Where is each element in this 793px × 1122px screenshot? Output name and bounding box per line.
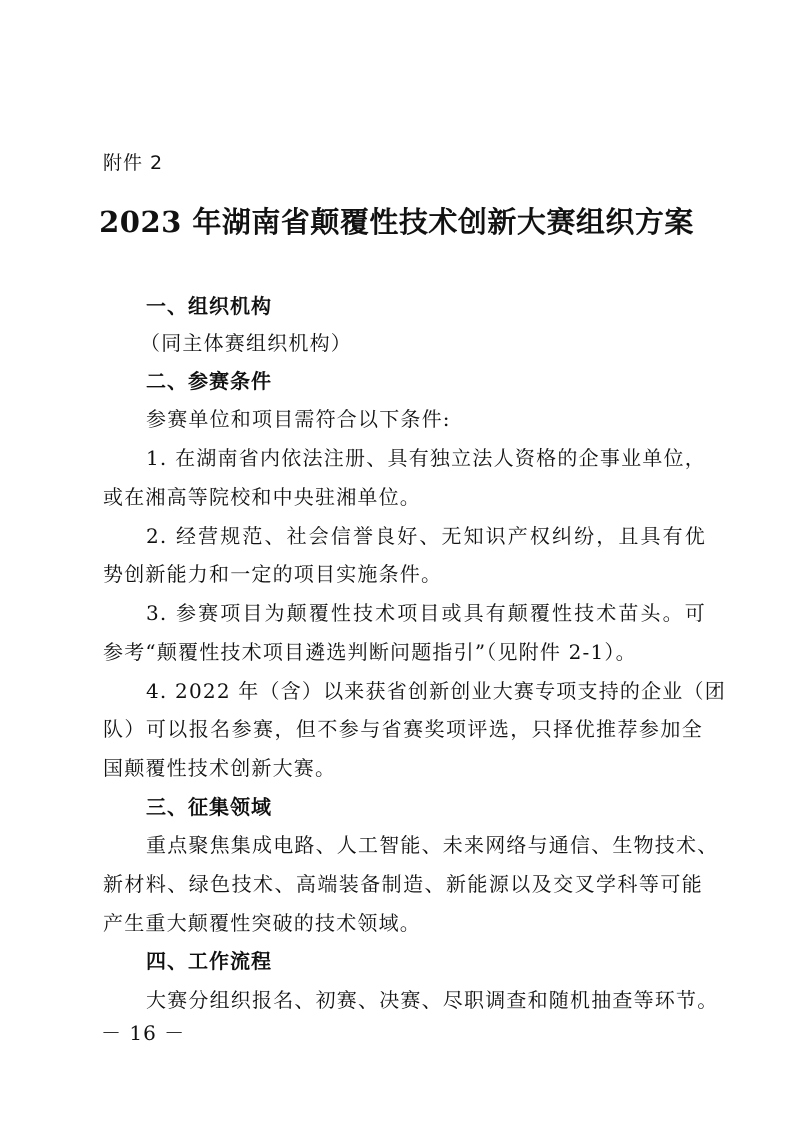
eligibility-item-2-line-2: 势创新能力和一定的项目实施条件。 (103, 558, 703, 587)
eligibility-item-3-line-2: 参考“颠覆性技术项目遴选判断问题指引”（见附件 2-1）。 (103, 636, 703, 665)
eligibility-item-4-line-3: 国颠覆性技术创新大赛。 (103, 752, 703, 781)
document-title: 2023 年湖南省颠覆性技术创新大赛组织方案 (0, 200, 793, 241)
annex-label: 附件 2 (103, 148, 163, 175)
eligibility-item-3-line-1: 3. 参赛项目为颠覆性技术项目或具有颠覆性技术苗头。可 (146, 597, 706, 626)
eligibility-intro: 参赛单位和项目需符合以下条件: (146, 403, 706, 432)
section-heading-fields: 三、征集领域 (146, 791, 706, 820)
section-heading-eligibility: 二、参赛条件 (146, 365, 706, 394)
section-heading-organization: 一、组织机构 (146, 290, 706, 319)
fields-line-3: 产生重大颠覆性突破的技术领域。 (103, 907, 703, 936)
fields-line-1: 重点聚焦集成电路、人工智能、未来网络与通信、生物技术、 (146, 829, 706, 858)
document-page: 附件 2 2023 年湖南省颠覆性技术创新大赛组织方案 一、组织机构 （同主体赛… (0, 0, 793, 1122)
section-body-organization: （同主体赛组织机构） (140, 327, 700, 356)
page-number: － 16 － (101, 1017, 185, 1046)
eligibility-item-2-line-1: 2. 经营规范、社会信誉良好、无知识产权纠纷，且具有优 (146, 520, 706, 549)
eligibility-item-4-line-2: 队）可以报名参赛，但不参与省赛奖项评选，只择优推荐参加全 (103, 713, 703, 742)
eligibility-item-1-line-1: 1. 在湖南省内依法注册、具有独立法人资格的企事业单位， (146, 442, 706, 471)
eligibility-item-4-line-1: 4. 2022 年（含）以来获省创新创业大赛专项支持的企业（团 (146, 675, 706, 704)
fields-line-2: 新材料、绿色技术、高端装备制造、新能源以及交叉学科等可能 (103, 868, 703, 897)
eligibility-item-1-line-2: 或在湘高等院校和中央驻湘单位。 (103, 481, 703, 510)
workflow-line-1: 大赛分组织报名、初赛、决赛、尽职调查和随机抽查等环节。 (146, 984, 706, 1013)
section-heading-workflow: 四、工作流程 (146, 945, 706, 974)
